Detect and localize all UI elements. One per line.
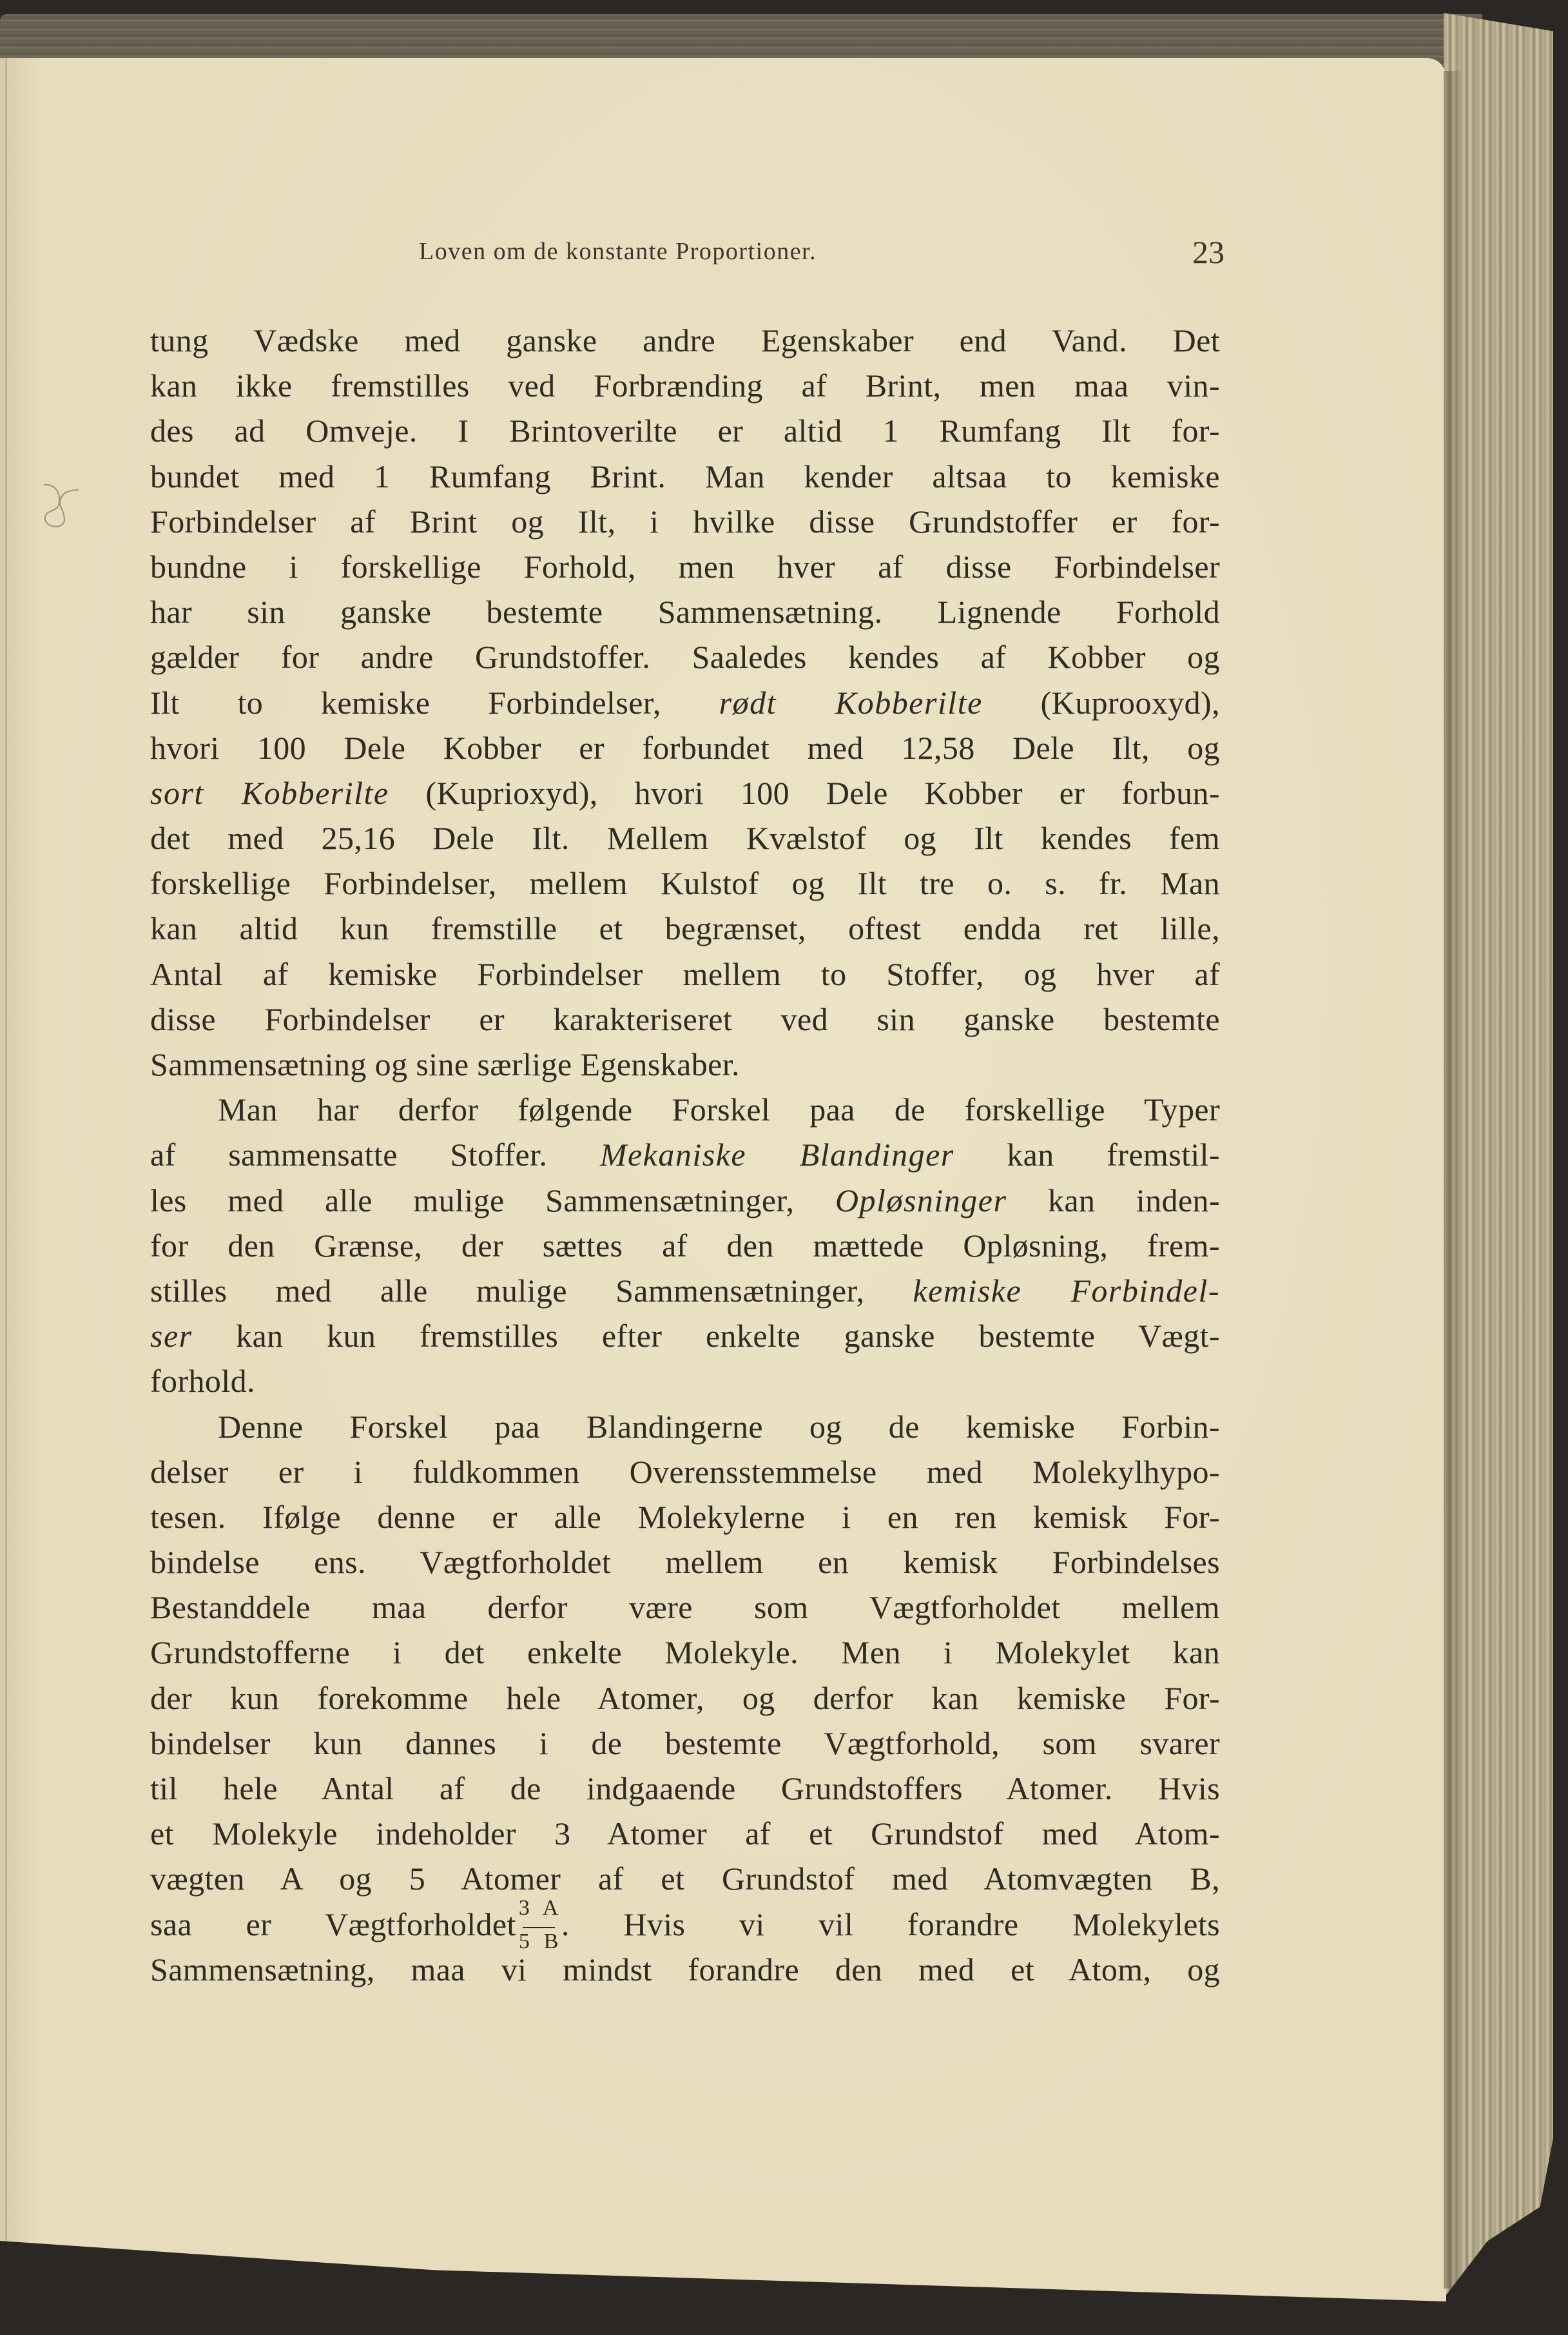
text-line: delser er i fuldkommen Overensstemmelse … [150,1449,1220,1494]
text-line: har sin ganske bestemte Sammensætning. L… [150,589,1220,634]
page-number: 23 [1192,233,1224,271]
gutter-shadow [5,58,7,2301]
text-line: kan altid kun fremstille et begrænset, o… [150,906,1220,951]
text-line: Antal af kemiske Forbindelser mellem to … [150,952,1220,997]
text-line: Ilt to kemiske Forbindelser, rødt Kobber… [150,680,1220,725]
italic-term: rødt Kobberilte [719,685,983,721]
text-line: stilles med alle mulige Sammensætninger,… [150,1268,1220,1313]
fraction-denominator: 5 B [519,1931,559,1953]
text-line: Sammensætning og sine særlige Egenskaber… [150,1042,1220,1087]
text-line: bindelse ens. Vægtforholdet mellem en ke… [150,1539,1220,1585]
text-line: forskellige Forbindelser, mellem Kulstof… [150,861,1220,906]
text-line: bundne i forskellige Forhold, men hver a… [150,544,1220,589]
text-line: forhold. [150,1358,1220,1403]
text-line: bindelser kun dannes i de bestemte Vægtf… [150,1721,1220,1766]
italic-term: Mekaniske Blandinger [600,1137,954,1173]
text-line: Forbindelser af Brint og Ilt, i hvilke d… [150,499,1220,544]
text-line: for den Grænse, der sættes af den mætted… [150,1223,1220,1268]
text-line: Bestanddele maa derfor være som Vægtforh… [150,1585,1220,1630]
text-line: hvori 100 Dele Kobber er forbundet med 1… [150,725,1220,770]
text-line: Grundstofferne i det enkelte Molekyle. M… [150,1630,1220,1675]
paragraph-start: Man har derfor følgende Forskel paa de f… [150,1087,1220,1132]
text-line: les med alle mulige Sammensætninger, Opl… [150,1178,1220,1223]
text-line: disse Forbindelser er karakteriseret ved… [150,997,1220,1042]
text-line: bundet med 1 Rumfang Brint. Man kender a… [150,454,1220,499]
text-line: af sammensatte Stoffer. Mekaniske Blandi… [150,1132,1220,1177]
text-line: vægten A og 5 Atomer af et Grundstof med… [150,1856,1220,1901]
pencil-mark-icon [39,477,90,535]
text-line: des ad Omveje. I Brintoverilte er altid … [150,408,1220,453]
text-line: kan ikke fremstilles ved Forbrænding af … [150,363,1220,408]
text-line: der kun forekomme hele Atomer, og derfor… [150,1676,1220,1721]
text-line: tung Vædske med ganske andre Egenskaber … [150,318,1220,363]
fraction-bar [523,1927,555,1928]
italic-term: Opløsninger [835,1182,1007,1218]
fore-edge-shadow [1444,71,1463,2289]
text-line: sort Kobberilte (Kuprioxyd), hvori 100 D… [150,770,1220,816]
text-line: det med 25,16 Dele Ilt. Mellem Kvælstof … [150,816,1220,861]
italic-term: ser [150,1318,193,1354]
text-line: ser kan kun fremstilles efter enkelte ga… [150,1313,1220,1358]
body-text: tung Vædske med ganske andre Egenskaber … [150,318,1220,1992]
paragraph-start: Denne Forskel paa Blandingerne og de kem… [150,1404,1220,1449]
fraction-numerator: 3 A [519,1897,559,1919]
weight-ratio-fraction: 3 A5 B [519,1905,559,1950]
text-line: gælder for andre Grundstoffer. Saaledes … [150,634,1220,679]
text-line: Sammensætning, maa vi mindst forandre de… [150,1947,1220,1992]
text-line: tesen. Ifølge denne er alle Molekylerne … [150,1494,1220,1539]
running-header: Loven om de konstante Proportioner. 23 [419,237,1244,282]
text-line: til hele Antal af de indgaaende Grundsto… [150,1766,1220,1811]
text-line-with-fraction: saa er Vægtforholdet3 A5 B. Hvis vi vil … [150,1902,1220,1947]
italic-term: sort Kobberilte [150,775,389,811]
italic-term: kemiske Forbindel- [913,1273,1220,1309]
text-line: et Molekyle indeholder 3 Atomer af et Gr… [150,1811,1220,1856]
running-title: Loven om de konstante Proportioner. [419,237,817,266]
